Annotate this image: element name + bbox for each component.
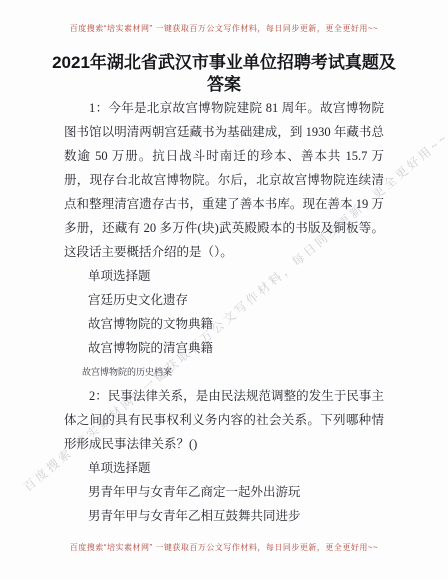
header-promo-note: 百度搜索“培实素材网” 一键获取百万公文写作材料，每日同步更新，更全更好用~~: [0, 23, 448, 34]
document-page: 百度搜索“培实素材网” 一键获取百万公文写作材料，每日同步更新，更全更好用~~ …: [0, 0, 448, 580]
question-1-stem: 1：今年是北京故宫博物院建院 81 周年。故宫博物院图书馆以明清两朝宫廷藏书为基…: [64, 96, 384, 264]
page-title: 2021年湖北省武汉市事业单位招聘考试真题及答案: [50, 52, 398, 96]
footer-promo-note: 百度搜索“培实素材网” 一键获取百万公文写作材料，每日同步更新，更全更好用~~: [0, 542, 448, 553]
question-2-stem: 2：民事法律关系，是由民法规范调整的发生于民事主体之间的具有民事权利义务内容的社…: [64, 384, 384, 456]
option-line: 男青年甲与女青年乙商定一起外出游玩: [64, 480, 384, 504]
option-line: 故宫博物院的文物典籍: [64, 312, 384, 336]
document-body: 1：今年是北京故宫博物院建院 81 周年。故宫博物院图书馆以明清两朝宫廷藏书为基…: [64, 96, 384, 528]
question-1-type-label: 单项选择题: [64, 264, 384, 288]
option-line: 故宫博物院的历史档案: [64, 360, 384, 384]
option-line: 故宫博物院的清宫典籍: [64, 336, 384, 360]
option-line: 男青年甲与女青年乙相互鼓舞共同进步: [64, 504, 384, 528]
question-2-type-label: 单项选择题: [64, 456, 384, 480]
option-line: 宫廷历史文化遗存: [64, 288, 384, 312]
